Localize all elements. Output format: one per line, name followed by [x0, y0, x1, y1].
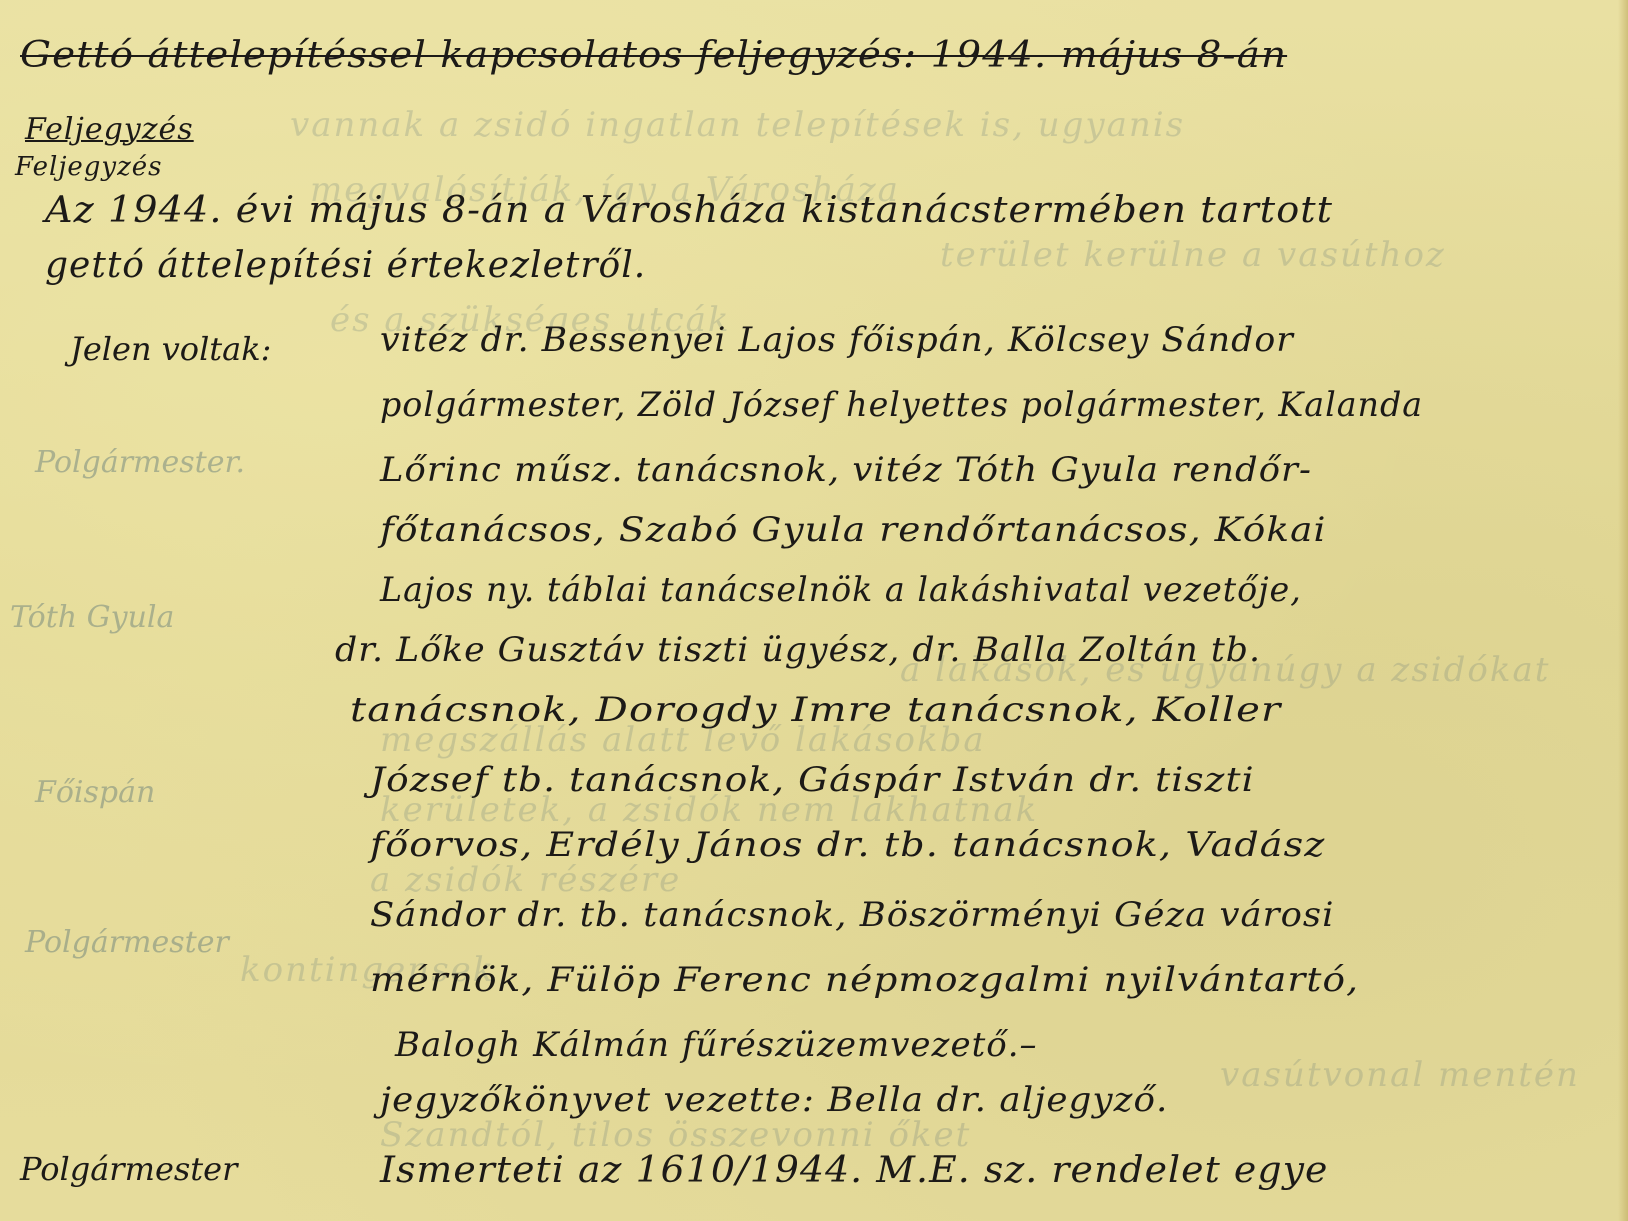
margin-note: Főispán [35, 775, 155, 810]
attendee-line: jegyzőkönyvet vezette: Bella dr. aljegyz… [380, 1080, 1168, 1120]
attendee-line: főorvos, Erdély János dr. tb. tanácsnok,… [370, 825, 1325, 865]
attendee-line: József tb. tanácsnok, Gáspár István dr. … [370, 760, 1255, 800]
speaker-line: Ismerteti az 1610/1944. M.E. sz. rendele… [380, 1150, 1328, 1191]
bleed-through-line: Szandtól, tilos összevonni őket [380, 1115, 971, 1155]
attendee-line: Balogh Kálmán fűrészüzemvezető.– [395, 1025, 1038, 1065]
bleed-through-line: vasútvonal mentén [1220, 1055, 1580, 1095]
struck-title: Gettó áttelepítéssel kapcsolatos feljegy… [20, 35, 1287, 76]
attendee-line: főtanácsos, Szabó Gyula rendőrtanácsos, … [380, 510, 1327, 550]
bleed-through-line: vannak a zsidó ingatlan telepítések is, … [290, 105, 1185, 145]
attendee-line: polgármester, Zöld József helyettes polg… [380, 385, 1423, 425]
margin-note: Tóth Gyula [10, 600, 174, 635]
attendee-line: vitéz dr. Bessenyei Lajos főispán, Kölcs… [380, 320, 1294, 360]
speaker-label: Polgármester [20, 1150, 237, 1188]
bleed-through-line: terület kerülne a vasúthoz [940, 235, 1446, 275]
present-label: Jelen voltak: [70, 330, 271, 368]
attendee-line: tanácsnok, Dorogdy Imre tanácsnok, Kolle… [350, 690, 1281, 730]
margin-note: Polgármester. [35, 445, 245, 480]
attendee-line: Sándor dr. tb. tanácsnok, Böszörményi Gé… [370, 895, 1334, 935]
intro-line: Az 1944. évi május 8-án a Városháza kist… [45, 190, 1333, 231]
margin-note: Polgármester [25, 925, 229, 960]
heading: Feljegyzés [15, 152, 163, 182]
attendee-line: mérnök, Fülöp Ferenc népmozgalmi nyilván… [370, 960, 1359, 1000]
scanned-document-page: vannak a zsidó ingatlan telepítések is, … [0, 0, 1628, 1221]
intro-line: gettó áttelepítési értekezletről. [45, 245, 646, 286]
bleed-through-line: a zsidók részére [370, 860, 681, 900]
attendee-line: Lajos ny. táblai tanácselnök a lakáshiva… [380, 570, 1302, 610]
attendee-line: dr. Lőke Gusztáv tiszti ügyész, dr. Ball… [335, 630, 1261, 670]
paper-edge [1618, 0, 1628, 1221]
struck-heading: Feljegyzés [25, 112, 194, 147]
attendee-line: Lőrinc műsz. tanácsnok, vitéz Tóth Gyula… [380, 450, 1312, 490]
